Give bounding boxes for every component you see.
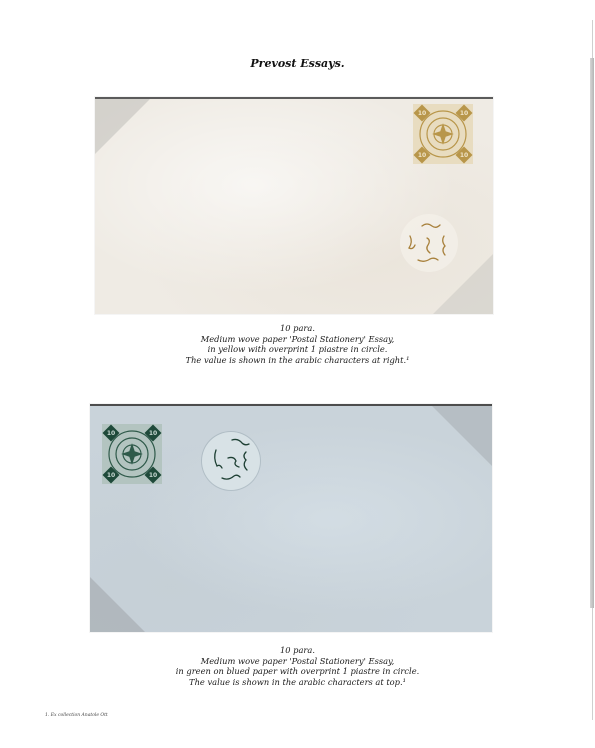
svg-text:10: 10 [460, 152, 468, 159]
stamp-imprint-green: 1010 1010 [102, 424, 162, 484]
caption-line: 10 para. [0, 323, 595, 334]
page-title: Prevost Essays. [0, 57, 595, 70]
caption-yellow-essay: 10 para. Medium wove paper 'Postal Stati… [0, 323, 595, 365]
svg-text:10: 10 [149, 430, 157, 437]
ornamental-stamp-icon: 1010 1010 [102, 424, 162, 484]
envelope-corner-mount [90, 577, 145, 632]
overprint-circle-arabic [202, 432, 260, 490]
svg-text:10: 10 [107, 472, 115, 479]
caption-green-essay: 10 para. Medium wove paper 'Postal Stati… [0, 645, 595, 687]
svg-text:10: 10 [107, 430, 115, 437]
caption-line: Medium wove paper 'Postal Stationery' Es… [0, 334, 595, 345]
caption-line: Medium wove paper 'Postal Stationery' Es… [0, 656, 595, 667]
envelope-corner-mount [95, 99, 150, 154]
caption-line: 10 para. [0, 645, 595, 656]
caption-line: in green on blued paper with overprint 1… [0, 666, 595, 677]
arabic-script-icon [202, 432, 260, 490]
svg-text:10: 10 [460, 110, 468, 117]
ornamental-stamp-icon: 1010 1010 [413, 104, 473, 164]
footnote: 1. Ex collection Anatole Ott [45, 713, 108, 718]
svg-text:10: 10 [149, 472, 157, 479]
arabic-script-icon [400, 214, 458, 272]
envelope-green-essay: 1010 1010 [90, 404, 492, 632]
stamp-imprint-yellow: 1010 1010 [413, 104, 473, 164]
envelope-yellow-essay: 1010 1010 [95, 97, 493, 314]
overprint-circle-arabic [400, 214, 458, 272]
svg-text:10: 10 [418, 110, 426, 117]
caption-line: The value is shown in the arabic charact… [0, 355, 595, 366]
envelope-corner-mount [432, 406, 492, 466]
caption-line: The value is shown in the arabic charact… [0, 677, 595, 688]
caption-line: in yellow with overprint 1 piastre in ci… [0, 344, 595, 355]
svg-text:10: 10 [418, 152, 426, 159]
